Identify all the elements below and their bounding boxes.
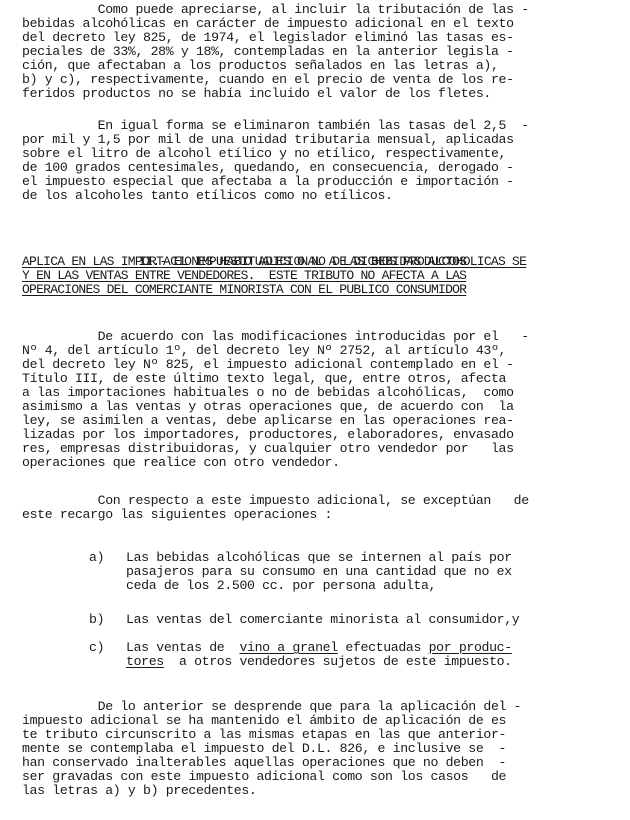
text-line: De acuerdo con las modificaciones introd… <box>22 330 529 344</box>
text: a otros vendedores sujetos de este impue… <box>164 654 512 669</box>
text-line: ción, que afectaban a los productos seña… <box>22 59 499 73</box>
text-line: este recargo las siguientes operaciones … <box>22 508 332 522</box>
text-line: pasajeros para su consumo en una cantida… <box>126 565 512 579</box>
list-letter: c) <box>89 641 104 655</box>
text-line: han conservado inalterables aquellas ope… <box>22 756 506 770</box>
text-line: del decreto ley Nº 825, el impuesto adic… <box>22 358 514 372</box>
heading-line: II.- EL IMPUESTO ADICIONAL A LAS BEBIDAS… <box>96 241 526 255</box>
text-line: Las ventas de vino a granel efectuadas p… <box>126 641 512 655</box>
text-line: por mil y 1,5 por mil de una unidad trib… <box>22 133 514 147</box>
list-letter: b) <box>89 613 104 627</box>
text: efectuadas <box>338 640 429 655</box>
text-line: impuesto adicional se ha mantenido el ám… <box>22 714 506 728</box>
text-line: b) y c), respectivamente, cuando en el p… <box>22 73 514 87</box>
document-page: Como puede apreciarse, al incluir la tri… <box>0 0 630 820</box>
text-line: tores a otros vendedores sujetos de este… <box>126 655 512 669</box>
text-line: En igual forma se eliminaron también las… <box>22 119 529 133</box>
text-line: peciales de 33%, 28% y 18%, contempladas… <box>22 45 514 59</box>
heading-text: OPERACIONES DEL COMERCIANTE MINORISTA CO… <box>22 282 466 297</box>
text-line: ser gravadas con este impuesto adicional… <box>22 770 506 784</box>
text-line: asimismo a las ventas y otras operacione… <box>22 400 514 414</box>
text-line: sobre el litro de alcohol etílico y no e… <box>22 147 506 161</box>
text-line: Con respecto a este impuesto adicional, … <box>22 494 529 508</box>
text-line: mente se contemplaba el impuesto del D.L… <box>22 742 506 756</box>
text-line: del decreto ley 825, de 1974, el legisla… <box>22 31 514 45</box>
heading-text: Y EN LAS VENTAS ENTRE VENDEDORES. ESTE T… <box>22 268 466 283</box>
underlined-text: tores <box>126 654 164 669</box>
text-line: lizadas por los importadores, productore… <box>22 428 514 442</box>
list-letter: a) <box>89 551 104 565</box>
text-line: res, empresas distribuidoras, y cualquie… <box>22 442 514 456</box>
text-line: te tributo circunscrito a las mismas eta… <box>22 728 506 742</box>
text-line: Como puede apreciarse, al incluir la tri… <box>22 3 529 17</box>
text-line: Las bebidas alcohólicas que se internen … <box>126 551 512 565</box>
text-line: de los alcoholes tanto etílicos como no … <box>22 189 393 203</box>
underlined-text: vino a granel <box>239 640 337 655</box>
heading-text: APLICA EN LAS IMPORTACIONES HABITUALES O… <box>22 254 466 269</box>
heading-line: APLICA EN LAS IMPORTACIONES HABITUALES O… <box>22 255 466 269</box>
text-line: las letras a) y b) precedentes. <box>22 784 256 798</box>
text-line: Título III, de este último texto legal, … <box>22 372 506 386</box>
text-line: operaciones que realice con otro vendedo… <box>22 456 340 470</box>
underlined-text: por produc- <box>429 640 512 655</box>
text-line: el impuesto especial que afectaba a la p… <box>22 175 514 189</box>
text-line: De lo anterior se desprende que para la … <box>22 700 521 714</box>
text-line: Las ventas del comerciante minorista al … <box>126 613 519 627</box>
text-line: bebidas alcohólicas en carácter de impue… <box>22 17 514 31</box>
text-line: ceda de los 2.500 cc. por persona adulta… <box>126 579 436 593</box>
text-line: feridos productos no se había incluido e… <box>22 87 491 101</box>
text-line: a las importaciones habituales o no de b… <box>22 386 514 400</box>
text: Las ventas de <box>126 640 239 655</box>
text-line: ley, se asimilen a ventas, debe aplicars… <box>22 414 514 428</box>
text-line: Nº 4, del artículo 1º, del decreto ley N… <box>22 344 506 358</box>
text-line: de 100 grados centesimales, quedando, en… <box>22 161 514 175</box>
heading-line: OPERACIONES DEL COMERCIANTE MINORISTA CO… <box>22 283 466 297</box>
heading-line: Y EN LAS VENTAS ENTRE VENDEDORES. ESTE T… <box>22 269 466 283</box>
